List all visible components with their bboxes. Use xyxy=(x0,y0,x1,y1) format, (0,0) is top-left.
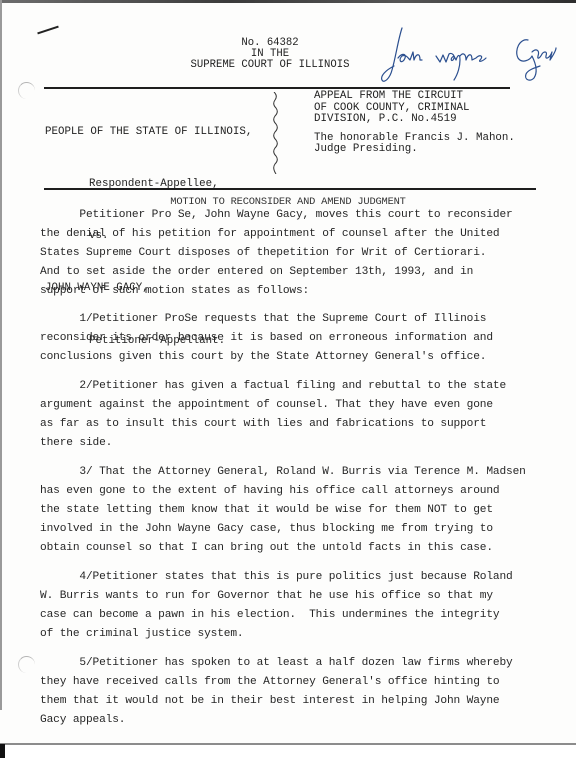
text-line: 3/ That the Attorney General, Roland W. … xyxy=(40,463,560,482)
text-line: the denial of his petition for appointme… xyxy=(40,225,560,244)
text-line: 1/Petitioner ProSe requests that the Sup… xyxy=(40,310,560,329)
scan-left-edge xyxy=(0,0,2,710)
text-line: And to set aside the order entered on Se… xyxy=(40,263,560,282)
handwritten-signature: John wayne Gacy xyxy=(380,20,560,90)
punch-hole-bottom xyxy=(18,656,35,673)
text-line: Gacy appeals. xyxy=(40,711,560,730)
punch-hole-top xyxy=(18,82,35,99)
text-line: as far as to insult this court with lies… xyxy=(40,415,560,434)
text-line: obtain counsel so that I can bring out t… xyxy=(40,539,560,558)
numbered-paragraph-4: 4/Petitioner states that this is pure po… xyxy=(40,568,560,644)
plaintiff-name: PEOPLE OF THE STATE OF ILLINOIS, xyxy=(45,124,270,141)
appeal-line-3: DIVISION, P.C. No.4519 xyxy=(314,114,574,126)
case-caption: No. 64382 IN THE SUPREME COURT OF ILLINO… xyxy=(170,38,370,71)
plaintiff-role: Respondent-Appellee, xyxy=(45,176,270,193)
scan-top-edge xyxy=(0,0,576,3)
text-line: them that it would not be in their best … xyxy=(40,692,560,711)
numbered-paragraph-2: 2/Petitioner has given a factual filing … xyxy=(40,377,560,453)
text-line: of the criminal justice system. xyxy=(40,625,560,644)
court-name: SUPREME COURT OF ILLINOIS xyxy=(170,60,370,71)
appeal-block: APPEAL FROM THE CIRCUIT OF COOK COUNTY, … xyxy=(314,91,574,156)
text-line: Petitioner Pro Se, John Wayne Gacy, move… xyxy=(40,206,560,225)
motion-body: Petitioner Pro Se, John Wayne Gacy, move… xyxy=(40,206,560,740)
scan-corner-shadow xyxy=(0,744,5,758)
text-line: they have received calls from the Attorn… xyxy=(40,673,560,692)
text-line: reconsider its order because it is based… xyxy=(40,329,560,348)
text-line: W. Burris wants to run for Governor that… xyxy=(40,587,560,606)
scan-bottom-edge xyxy=(0,743,576,758)
text-line: 4/Petitioner states that this is pure po… xyxy=(40,568,560,587)
text-line: there side. xyxy=(40,434,560,453)
numbered-paragraph-5: 5/Petitioner has spoken to at least a ha… xyxy=(40,654,560,730)
numbered-paragraph-3: 3/ That the Attorney General, Roland W. … xyxy=(40,463,560,558)
text-line: conclusions given this court by the Stat… xyxy=(40,348,560,367)
text-line: 5/Petitioner has spoken to at least a ha… xyxy=(40,654,560,673)
text-line: case can become a pawn in his election. … xyxy=(40,606,560,625)
text-line: support of such motion states as follows… xyxy=(40,282,560,301)
numbered-paragraph-1: 1/Petitioner ProSe requests that the Sup… xyxy=(40,310,560,367)
typed-brace xyxy=(271,92,281,174)
text-line: States Supreme Court disposes of thepeti… xyxy=(40,244,560,263)
text-line: 2/Petitioner has given a factual filing … xyxy=(40,377,560,396)
judge-line-2: Judge Presiding. xyxy=(314,144,574,156)
document-page: No. 64382 IN THE SUPREME COURT OF ILLINO… xyxy=(0,0,576,758)
title-divider xyxy=(44,188,536,190)
appeal-line-1: APPEAL FROM THE CIRCUIT xyxy=(314,91,574,103)
text-line: has even gone to the extent of having hi… xyxy=(40,482,560,501)
intro-paragraph: Petitioner Pro Se, John Wayne Gacy, move… xyxy=(40,206,560,301)
text-line: the state letting them know that it woul… xyxy=(40,501,560,520)
pen-mark xyxy=(37,26,59,35)
text-line: argument against the appointment of coun… xyxy=(40,396,560,415)
text-line: involved in the John Wayne Gacy case, th… xyxy=(40,520,560,539)
